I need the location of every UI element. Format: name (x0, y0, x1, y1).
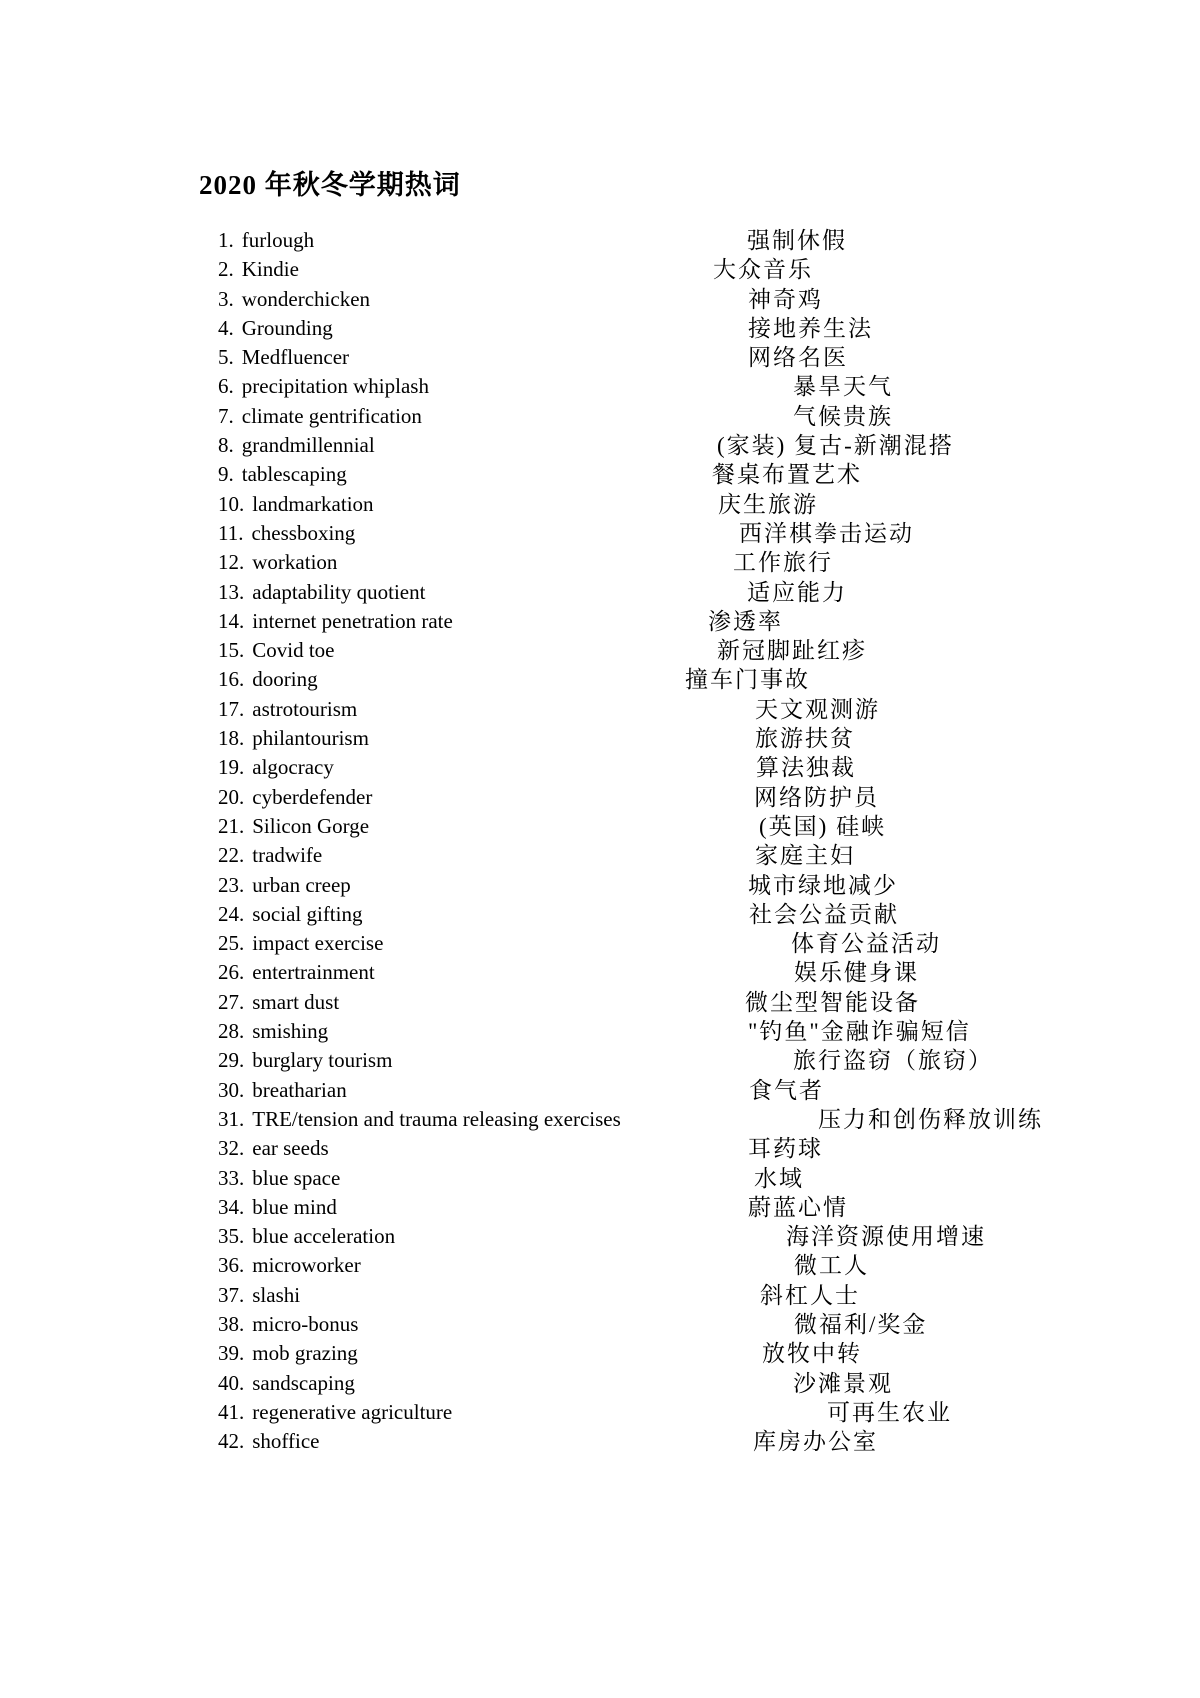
item-term-en: 15.Covid toe (218, 636, 335, 665)
item-term-text: social gifting (252, 902, 362, 926)
item-term-text: philantourism (252, 726, 369, 750)
item-term-text: TRE/tension and trauma releasing exercis… (252, 1107, 621, 1131)
list-item: 17.astrotourism天文观测游 (0, 695, 1200, 724)
item-translation-zh: 餐桌布置艺术 (712, 460, 862, 489)
item-term-text: smishing (252, 1019, 328, 1043)
item-term-text: sandscaping (252, 1371, 355, 1395)
item-translation-zh: 庆生旅游 (718, 490, 818, 519)
item-term-text: shoffice (252, 1429, 319, 1453)
item-term-text: entertrainment (252, 960, 374, 984)
item-term-text: micro-bonus (252, 1312, 358, 1336)
item-term-en: 34.blue mind (218, 1193, 337, 1222)
item-term-en: 21.Silicon Gorge (218, 812, 369, 841)
item-term-en: 10.landmarkation (218, 490, 374, 519)
item-translation-zh: 网络防护员 (754, 783, 879, 812)
item-translation-zh: 旅游扶贫 (755, 724, 855, 753)
list-item: 23.urban creep城市绿地减少 (0, 871, 1200, 900)
item-term-en: 38.micro-bonus (218, 1310, 358, 1339)
item-number: 14. (218, 607, 244, 636)
item-term-text: regenerative agriculture (252, 1400, 452, 1424)
item-term-en: 8.grandmillennial (218, 431, 375, 460)
item-number: 36. (218, 1251, 244, 1280)
item-term-en: 5.Medfluencer (218, 343, 349, 372)
item-number: 40. (218, 1369, 244, 1398)
item-translation-zh: 暴旱天气 (793, 372, 893, 401)
item-translation-zh: 天文观测游 (755, 695, 880, 724)
item-term-en: 42.shoffice (218, 1427, 320, 1456)
item-term-en: 32.ear seeds (218, 1134, 329, 1163)
item-translation-zh: 蔚蓝心情 (748, 1193, 848, 1222)
item-translation-zh: 体育公益活动 (791, 929, 941, 958)
item-number: 6. (218, 372, 234, 401)
item-number: 19. (218, 753, 244, 782)
item-translation-zh: 撞车门事故 (685, 665, 810, 694)
item-term-text: wonderchicken (242, 287, 370, 311)
item-term-en: 17.astrotourism (218, 695, 357, 724)
document-page: 2020 年秋冬学期热词 1.furlough强制休假2.Kindie大众音乐3… (0, 0, 1200, 1698)
list-item: 36.microworker微工人 (0, 1251, 1200, 1280)
item-term-text: burglary tourism (252, 1048, 392, 1072)
list-item: 5.Medfluencer网络名医 (0, 343, 1200, 372)
item-translation-zh: 微尘型智能设备 (745, 988, 920, 1017)
item-term-en: 13.adaptability quotient (218, 578, 425, 607)
item-number: 4. (218, 314, 234, 343)
item-term-text: cyberdefender (252, 785, 372, 809)
list-item: 35.blue acceleration海洋资源使用增速 (0, 1222, 1200, 1251)
list-item: 27.smart dust微尘型智能设备 (0, 988, 1200, 1017)
list-item: 32.ear seeds耳药球 (0, 1134, 1200, 1163)
list-item: 12.workation工作旅行 (0, 548, 1200, 577)
list-item: 16.dooring撞车门事故 (0, 665, 1200, 694)
item-number: 12. (218, 548, 244, 577)
item-term-text: Kindie (242, 257, 299, 281)
item-term-text: blue acceleration (252, 1224, 395, 1248)
item-term-text: dooring (252, 667, 317, 691)
item-translation-zh: 娱乐健身课 (794, 958, 919, 987)
list-item: 6.precipitation whiplash暴旱天气 (0, 372, 1200, 401)
item-term-text: internet penetration rate (252, 609, 453, 633)
item-term-en: 35.blue acceleration (218, 1222, 395, 1251)
item-term-text: smart dust (252, 990, 339, 1014)
item-term-en: 24.social gifting (218, 900, 362, 929)
item-translation-zh: 适应能力 (747, 578, 847, 607)
item-term-en: 7.climate gentrification (218, 402, 422, 431)
list-item: 1.furlough强制休假 (0, 226, 1200, 255)
item-translation-zh: 算法独裁 (756, 753, 856, 782)
item-number: 25. (218, 929, 244, 958)
item-term-en: 26.entertrainment (218, 958, 375, 987)
item-translation-zh: 可再生农业 (827, 1398, 952, 1427)
item-number: 41. (218, 1398, 244, 1427)
item-translation-zh: 接地养生法 (748, 314, 873, 343)
list-item: 22.tradwife家庭主妇 (0, 841, 1200, 870)
item-term-text: furlough (242, 228, 314, 252)
item-term-en: 36.microworker (218, 1251, 361, 1280)
item-translation-zh: 渗透率 (708, 607, 783, 636)
item-term-en: 22.tradwife (218, 841, 322, 870)
item-term-text: Covid toe (252, 638, 334, 662)
item-term-text: tablescaping (242, 462, 347, 486)
item-number: 27. (218, 988, 244, 1017)
list-item: 38.micro-bonus微福利/奖金 (0, 1310, 1200, 1339)
item-term-text: tradwife (252, 843, 322, 867)
item-number: 8. (218, 431, 234, 460)
item-number: 1. (218, 226, 234, 255)
item-translation-zh: 城市绿地减少 (748, 871, 898, 900)
item-term-en: 12.workation (218, 548, 337, 577)
item-term-text: slashi (252, 1283, 300, 1307)
list-item: 42.shoffice库房办公室 (0, 1427, 1200, 1456)
item-term-en: 4.Grounding (218, 314, 333, 343)
item-number: 33. (218, 1164, 244, 1193)
list-item: 29.burglary tourism旅行盗窃（旅窃） (0, 1046, 1200, 1075)
item-number: 17. (218, 695, 244, 724)
item-term-text: climate gentrification (242, 404, 422, 428)
item-number: 23. (218, 871, 244, 900)
item-term-text: grandmillennial (242, 433, 375, 457)
item-translation-zh: 新冠脚趾红疹 (717, 636, 867, 665)
item-term-en: 28.smishing (218, 1017, 328, 1046)
item-number: 7. (218, 402, 234, 431)
item-term-text: adaptability quotient (252, 580, 425, 604)
item-term-en: 37.slashi (218, 1281, 300, 1310)
item-term-en: 27.smart dust (218, 988, 339, 1017)
item-number: 32. (218, 1134, 244, 1163)
item-translation-zh: 库房办公室 (753, 1427, 878, 1456)
list-item: 11.chessboxing西洋棋拳击运动 (0, 519, 1200, 548)
item-translation-zh: 斜杠人士 (760, 1281, 860, 1310)
item-term-en: 6.precipitation whiplash (218, 372, 429, 401)
item-translation-zh: 神奇鸡 (748, 285, 823, 314)
item-number: 11. (218, 519, 243, 548)
list-item: 14.internet penetration rate渗透率 (0, 607, 1200, 636)
item-term-text: blue space (252, 1166, 340, 1190)
item-translation-zh: 食气者 (749, 1076, 824, 1105)
list-item: 18.philantourism旅游扶贫 (0, 724, 1200, 753)
item-term-text: breatharian (252, 1078, 346, 1102)
item-term-text: chessboxing (251, 521, 355, 545)
item-term-en: 18.philantourism (218, 724, 369, 753)
item-number: 37. (218, 1281, 244, 1310)
item-term-text: Grounding (242, 316, 333, 340)
list-item: 20.cyberdefender网络防护员 (0, 783, 1200, 812)
list-item: 15.Covid toe新冠脚趾红疹 (0, 636, 1200, 665)
item-translation-zh: 水域 (754, 1164, 804, 1193)
item-term-text: ear seeds (252, 1136, 328, 1160)
item-term-text: algocracy (252, 755, 334, 779)
item-number: 29. (218, 1046, 244, 1075)
item-translation-zh: 沙滩景观 (793, 1369, 893, 1398)
item-translation-zh: (英国) 硅峡 (759, 812, 886, 841)
list-item: 19.algocracy算法独裁 (0, 753, 1200, 782)
item-translation-zh: 微福利/奖金 (794, 1310, 927, 1339)
list-item: 30.breatharian食气者 (0, 1076, 1200, 1105)
list-item: 25.impact exercise体育公益活动 (0, 929, 1200, 958)
list-item: 39.mob grazing放牧中转 (0, 1339, 1200, 1368)
item-number: 3. (218, 285, 234, 314)
item-translation-zh: 放牧中转 (762, 1339, 862, 1368)
item-translation-zh: 西洋棋拳击运动 (739, 519, 914, 548)
item-term-en: 39.mob grazing (218, 1339, 358, 1368)
item-term-en: 14.internet penetration rate (218, 607, 453, 636)
list-item: 24.social gifting社会公益贡献 (0, 900, 1200, 929)
item-term-en: 30.breatharian (218, 1076, 347, 1105)
item-term-en: 9.tablescaping (218, 460, 347, 489)
item-term-text: landmarkation (252, 492, 373, 516)
list-item: 34.blue mind蔚蓝心情 (0, 1193, 1200, 1222)
list-item: 2.Kindie大众音乐 (0, 255, 1200, 284)
item-term-text: microworker (252, 1253, 360, 1277)
item-term-en: 11.chessboxing (218, 519, 355, 548)
item-term-en: 23.urban creep (218, 871, 351, 900)
item-term-en: 31.TRE/tension and trauma releasing exer… (218, 1105, 621, 1134)
list-item: 40.sandscaping沙滩景观 (0, 1369, 1200, 1398)
item-term-text: astrotourism (252, 697, 357, 721)
item-number: 22. (218, 841, 244, 870)
item-number: 38. (218, 1310, 244, 1339)
item-number: 20. (218, 783, 244, 812)
item-number: 2. (218, 255, 234, 284)
item-term-text: mob grazing (252, 1341, 358, 1365)
list-item: 13.adaptability quotient适应能力 (0, 578, 1200, 607)
item-number: 21. (218, 812, 244, 841)
item-term-en: 1.furlough (218, 226, 314, 255)
item-term-en: 3.wonderchicken (218, 285, 370, 314)
list-item: 4.Grounding接地养生法 (0, 314, 1200, 343)
item-translation-zh: 强制休假 (747, 226, 847, 255)
item-translation-zh: 海洋资源使用增速 (786, 1222, 986, 1251)
item-number: 39. (218, 1339, 244, 1368)
item-term-en: 25.impact exercise (218, 929, 383, 958)
list-item: 10.landmarkation庆生旅游 (0, 490, 1200, 519)
list-item: 8.grandmillennial(家装) 复古-新潮混搭 (0, 431, 1200, 460)
list-item: 28.smishing"钓鱼"金融诈骗短信 (0, 1017, 1200, 1046)
item-number: 30. (218, 1076, 244, 1105)
item-number: 15. (218, 636, 244, 665)
item-number: 16. (218, 665, 244, 694)
item-term-en: 19.algocracy (218, 753, 334, 782)
item-term-en: 29.burglary tourism (218, 1046, 392, 1075)
word-list: 1.furlough强制休假2.Kindie大众音乐3.wonderchicke… (0, 226, 1200, 1456)
item-number: 35. (218, 1222, 244, 1251)
list-item: 26.entertrainment娱乐健身课 (0, 958, 1200, 987)
item-translation-zh: "钓鱼"金融诈骗短信 (748, 1017, 971, 1046)
item-number: 28. (218, 1017, 244, 1046)
list-item: 7.climate gentrification气候贵族 (0, 402, 1200, 431)
list-item: 31.TRE/tension and trauma releasing exer… (0, 1105, 1200, 1134)
list-item: 33.blue space水域 (0, 1164, 1200, 1193)
item-translation-zh: (家装) 复古-新潮混搭 (717, 431, 954, 460)
item-term-text: Medfluencer (242, 345, 349, 369)
item-translation-zh: 工作旅行 (733, 548, 833, 577)
item-number: 10. (218, 490, 244, 519)
item-translation-zh: 气候贵族 (793, 402, 893, 431)
item-number: 26. (218, 958, 244, 987)
item-term-en: 2.Kindie (218, 255, 299, 284)
list-item: 37.slashi斜杠人士 (0, 1281, 1200, 1310)
item-term-en: 20.cyberdefender (218, 783, 372, 812)
item-number: 31. (218, 1105, 244, 1134)
item-translation-zh: 大众音乐 (713, 255, 813, 284)
item-term-en: 33.blue space (218, 1164, 340, 1193)
item-number: 42. (218, 1427, 244, 1456)
item-term-text: urban creep (252, 873, 351, 897)
item-translation-zh: 耳药球 (748, 1134, 823, 1163)
item-term-text: impact exercise (252, 931, 383, 955)
item-term-text: blue mind (252, 1195, 337, 1219)
list-item: 21.Silicon Gorge(英国) 硅峡 (0, 812, 1200, 841)
item-number: 5. (218, 343, 234, 372)
item-translation-zh: 社会公益贡献 (749, 900, 899, 929)
item-number: 24. (218, 900, 244, 929)
item-number: 18. (218, 724, 244, 753)
page-title: 2020 年秋冬学期热词 (199, 163, 461, 202)
item-term-text: workation (252, 550, 337, 574)
item-term-text: precipitation whiplash (242, 374, 429, 398)
item-translation-zh: 网络名医 (748, 343, 848, 372)
list-item: 9.tablescaping餐桌布置艺术 (0, 460, 1200, 489)
list-item: 41.regenerative agriculture可再生农业 (0, 1398, 1200, 1427)
item-number: 13. (218, 578, 244, 607)
item-translation-zh: 旅行盗窃（旅窃） (793, 1046, 993, 1075)
item-number: 34. (218, 1193, 244, 1222)
item-translation-zh: 微工人 (794, 1251, 869, 1280)
item-term-text: Silicon Gorge (252, 814, 369, 838)
item-translation-zh: 家庭主妇 (755, 841, 855, 870)
item-term-en: 40.sandscaping (218, 1369, 355, 1398)
item-term-en: 41.regenerative agriculture (218, 1398, 452, 1427)
item-term-en: 16.dooring (218, 665, 318, 694)
item-number: 9. (218, 460, 234, 489)
item-translation-zh: 压力和创伤释放训练 (818, 1105, 1043, 1134)
list-item: 3.wonderchicken神奇鸡 (0, 285, 1200, 314)
